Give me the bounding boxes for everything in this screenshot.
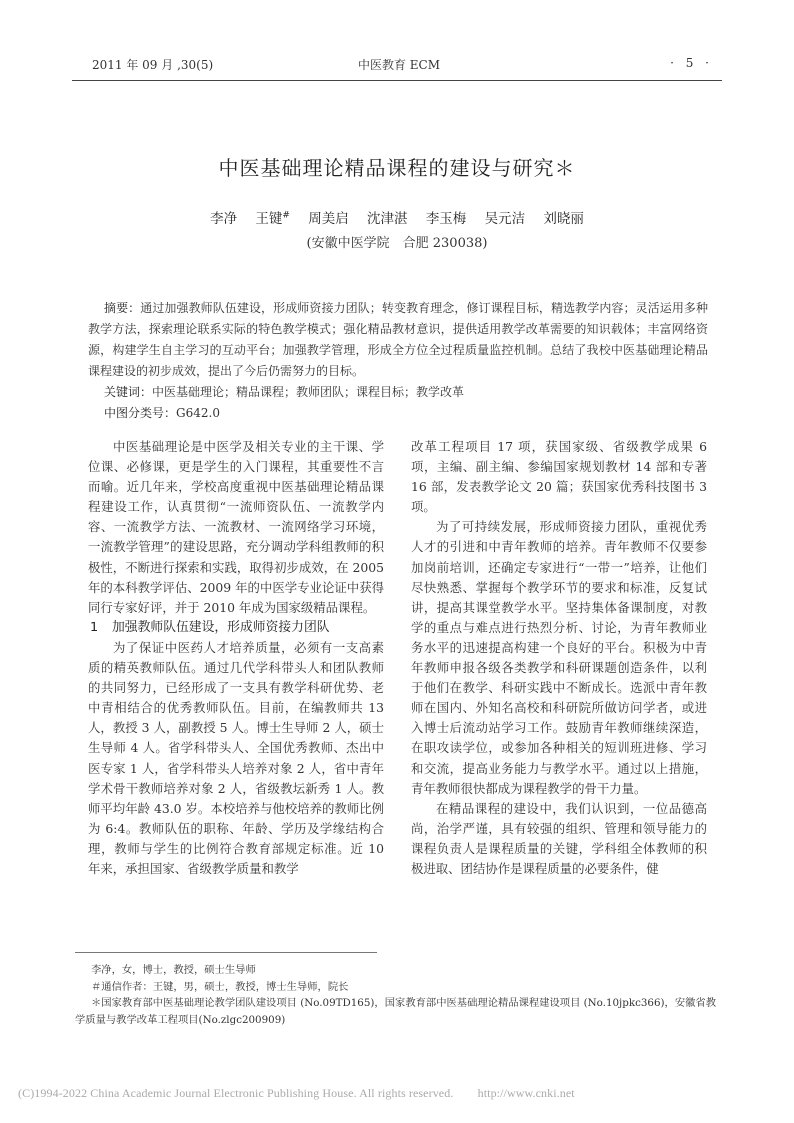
clc-value: G642.0	[176, 406, 220, 420]
author: 王键#	[255, 211, 290, 227]
keywords-label: 关键词：	[104, 385, 152, 399]
author: 吴元洁	[485, 211, 526, 227]
affiliation: (安徽中医学院 合肥 230038)	[0, 232, 794, 251]
abstract-label: 摘要：	[104, 301, 140, 315]
body-paragraph: 为了可持续发展，形成师资接力团队，重视优秀人才的引进和中青年教师的培养。青年教师…	[411, 517, 707, 798]
right-column: 改革工程项目 17 项，获国家级、省级教学成果 6 项，主编、副主编、参编国家规…	[411, 437, 707, 879]
footnotes: 李净，女，博士，教授，硕士生导师 ＃通信作者：王键，男，硕士，教授，博士生导师，…	[75, 962, 725, 1028]
body-paragraph: 改革工程项目 17 项，获国家级、省级教学成果 6 项，主编、副主编、参编国家规…	[411, 437, 707, 517]
body-paragraph: 在精品课程的建设中，我们认识到，一位品德高尚，治学严谨，具有较强的组织、管理和领…	[411, 799, 707, 879]
author: 李玉梅	[426, 211, 467, 227]
running-header: 2011 年 09 月 ,30(5) 中医教育 ECM · 5 ·	[75, 50, 723, 74]
copyright-notice: (C)1994-2022 China Academic Journal Elec…	[18, 1084, 778, 1101]
section-number: 1	[88, 618, 112, 638]
header-divider	[72, 80, 722, 81]
footnote-corresponding: ＃通信作者：王键，男，硕士，教授，博士生导师，院长	[75, 979, 725, 996]
clc-label: 中图分类号：	[104, 406, 176, 420]
author: 刘晓丽	[543, 211, 584, 227]
section-title: 加强教师队伍建设，形成师资接力团队	[112, 620, 330, 635]
author: 沈津湛	[367, 211, 408, 227]
abstract-text: 通过加强教师队伍建设，形成师资接力团队；转变教育理念，修订课程目标，精选教学内容…	[88, 301, 708, 378]
keywords-text: 中医基础理论；精品课程；教师团队；课程目标；教学改革	[152, 385, 464, 399]
journal-name: 中医教育 ECM	[75, 56, 723, 73]
footnote-author: 李净，女，博士，教授，硕士生导师	[75, 962, 725, 979]
clc-number: 中图分类号：G642.0	[104, 403, 708, 424]
author: 李净	[210, 211, 237, 227]
page-number: · 5 ·	[670, 56, 713, 70]
abstract-block: 摘要：通过加强教师队伍建设，形成师资接力团队；转变教育理念，修订课程目标，精选教…	[104, 298, 708, 424]
abstract: 摘要：通过加强教师队伍建设，形成师资接力团队；转变教育理念，修订课程目标，精选教…	[88, 298, 708, 382]
author-list: 李净 王键# 周美启 沈津湛 李玉梅 吴元洁 刘晓丽	[0, 207, 794, 227]
section-heading: 1加强教师队伍建设，形成师资接力团队	[88, 618, 384, 638]
footnote-funding: ＊国家教育部中医基础理论教学团队建设项目 (No.09TD165)，国家教育部中…	[75, 995, 725, 1028]
footnote-divider	[75, 952, 377, 953]
author: 周美启	[308, 211, 349, 227]
corresponding-mark: #	[282, 211, 290, 221]
keywords: 关键词：中医基础理论；精品课程；教师团队；课程目标；教学改革	[104, 382, 708, 403]
body-paragraph: 中医基础理论是中医学及相关专业的主干课、学位课、必修课，更是学生的入门课程，其重…	[88, 437, 384, 618]
left-column: 中医基础理论是中医学及相关专业的主干课、学位课、必修课，更是学生的入门课程，其重…	[88, 437, 384, 879]
body-paragraph: 为了保证中医药人才培养质量，必须有一支高素质的精英教师队伍。通过几代学科带头人和…	[88, 638, 384, 879]
article-title: 中医基础理论精品课程的建设与研究＊	[0, 152, 794, 181]
